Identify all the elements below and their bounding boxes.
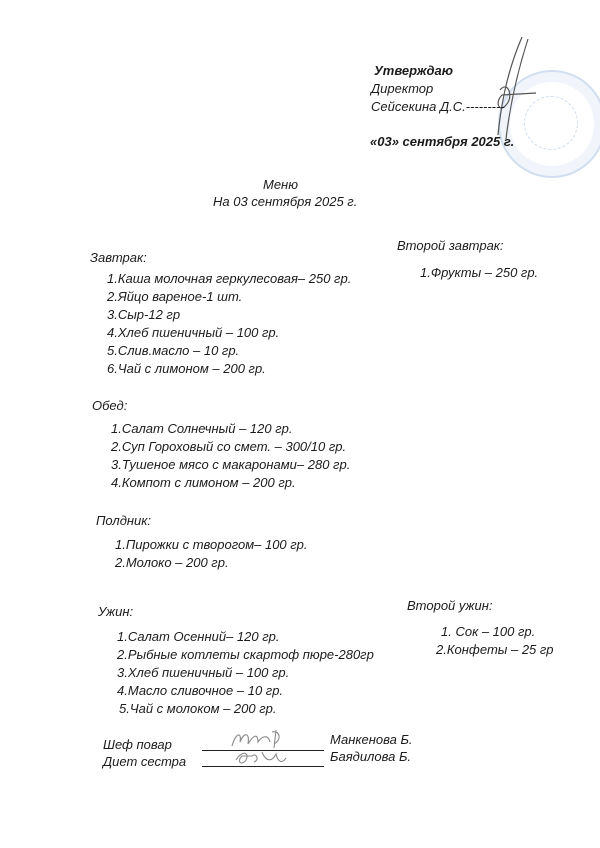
lunch-label: Обед:	[92, 398, 127, 413]
page-title: Меню	[263, 177, 298, 192]
chef-role: Шеф повар	[103, 736, 172, 754]
dietitian-signature	[232, 748, 292, 768]
dietitian-role: Диет сестра	[103, 753, 186, 771]
approval-date: «03» сентября 2025 г.	[370, 134, 514, 149]
dinner-label: Ужин:	[98, 604, 133, 619]
menu-date: На 03 сентября 2025 г.	[213, 194, 357, 209]
second-breakfast-list: 1.Фрукты – 250 гр.	[420, 264, 538, 282]
chef-signature	[228, 728, 298, 750]
dietitian-name: Баядилова Б.	[330, 748, 411, 766]
breakfast-label: Завтрак:	[90, 250, 147, 265]
list-item: 4.Масло сливочное – 10 гр.	[117, 682, 374, 700]
approve-label: Утверждаю	[374, 62, 505, 80]
dinner-list: 1.Салат Осенний– 120 гр. 2.Рыбные котлет…	[117, 628, 374, 718]
snack-label: Полдник:	[96, 513, 151, 528]
list-item: 3.Хлеб пшеничный – 100 гр.	[117, 664, 374, 682]
list-item: 2.Яйцо вареное-1 шт.	[107, 288, 351, 306]
list-item: 1.Фрукты – 250 гр.	[420, 264, 538, 282]
second-dinner-list: 1. Сок – 100 гр. 2.Конфеты – 25 гр	[436, 623, 554, 659]
lunch-list: 1.Салат Солнечный – 120 гр. 2.Суп Горохо…	[111, 420, 350, 492]
list-item: 1. Сок – 100 гр.	[441, 623, 554, 641]
list-item: 1.Салат Солнечный – 120 гр.	[111, 420, 350, 438]
list-item: 4.Компот с лимоном – 200 гр.	[111, 474, 350, 492]
list-item: 1.Салат Осенний– 120 гр.	[117, 628, 374, 646]
director-name: Сейсекина Д.С.---------	[371, 98, 505, 116]
list-item: 5.Чай с молоком – 200 гр.	[119, 700, 374, 718]
list-item: 2.Рыбные котлеты скартоф пюре-280гр	[117, 646, 374, 664]
second-breakfast-label: Второй завтрак:	[397, 238, 504, 253]
chef-name: Манкенова Б.	[330, 731, 413, 749]
list-item: 3.Сыр-12 гр	[107, 306, 351, 324]
list-item: 1.Каша молочная геркулесовая– 250 гр.	[107, 270, 351, 288]
approval-block: Утверждаю Директор Сейсекина Д.С.-------…	[374, 62, 505, 116]
list-item: 5.Слив.масло – 10 гр.	[107, 342, 351, 360]
list-item: 6.Чай с лимоном – 200 гр.	[107, 360, 351, 378]
breakfast-list: 1.Каша молочная геркулесовая– 250 гр. 2.…	[107, 270, 351, 378]
director-position: Директор	[371, 80, 505, 98]
snack-list: 1.Пирожки с творогом– 100 гр. 2.Молоко –…	[115, 536, 308, 572]
list-item: 1.Пирожки с творогом– 100 гр.	[115, 536, 308, 554]
second-dinner-label: Второй ужин:	[407, 598, 492, 613]
list-item: 2.Суп Гороховый со смет. – 300/10 гр.	[111, 438, 350, 456]
list-item: 3.Тушеное мясо с макаронами– 280 гр.	[111, 456, 350, 474]
list-item: 2.Конфеты – 25 гр	[436, 641, 554, 659]
list-item: 4.Хлеб пшеничный – 100 гр.	[107, 324, 351, 342]
list-item: 2.Молоко – 200 гр.	[115, 554, 308, 572]
